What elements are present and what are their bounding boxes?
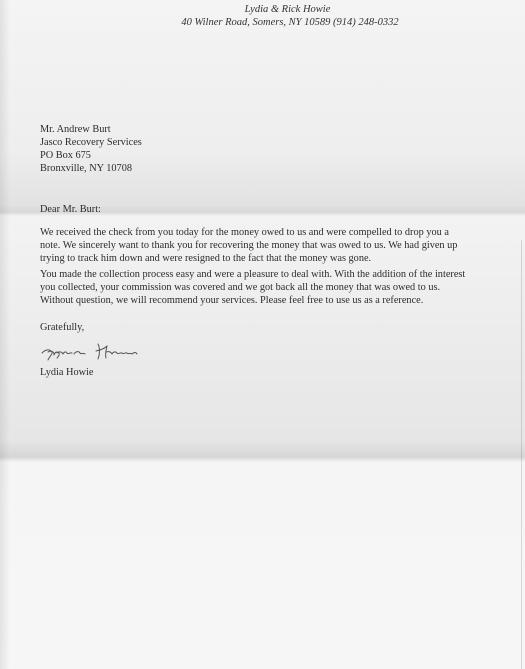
salutation: Dear Mr. Burt: xyxy=(40,203,101,216)
letterhead-names: Lydia & Rick Howie xyxy=(0,3,525,16)
recipient-address-block: Mr. Andrew Burt Jasco Recovery Services … xyxy=(40,123,142,175)
recipient-company: Jasco Recovery Services xyxy=(40,136,142,149)
closing: Gratefully, xyxy=(40,321,84,334)
paragraph-line: you collected, your commission was cover… xyxy=(40,281,500,294)
body-paragraph-1: We received the check from you today for… xyxy=(40,226,500,265)
body-paragraph-2: You made the collection process easy and… xyxy=(40,268,500,307)
paragraph-line: Without question, we will recommend your… xyxy=(40,294,500,307)
handwritten-signature-icon xyxy=(40,340,160,362)
letterhead-address: 40 Wilner Road, Somers, NY 10589 (914) 2… xyxy=(0,16,525,29)
recipient-po-box: PO Box 675 xyxy=(40,149,142,162)
letter-page: Lydia & Rick Howie 40 Wilner Road, Somer… xyxy=(0,0,525,669)
paragraph-line: You made the collection process easy and… xyxy=(40,268,500,281)
letterhead: Lydia & Rick Howie 40 Wilner Road, Somer… xyxy=(0,3,525,29)
paragraph-line: trying to track him down and were resign… xyxy=(40,252,500,265)
paragraph-line: We received the check from you today for… xyxy=(40,226,500,239)
signer-name: Lydia Howie xyxy=(40,366,93,379)
recipient-city-state-zip: Bronxville, NY 10708 xyxy=(40,162,142,175)
recipient-name: Mr. Andrew Burt xyxy=(40,123,142,136)
paragraph-line: note. We sincerely want to thank you for… xyxy=(40,239,500,252)
